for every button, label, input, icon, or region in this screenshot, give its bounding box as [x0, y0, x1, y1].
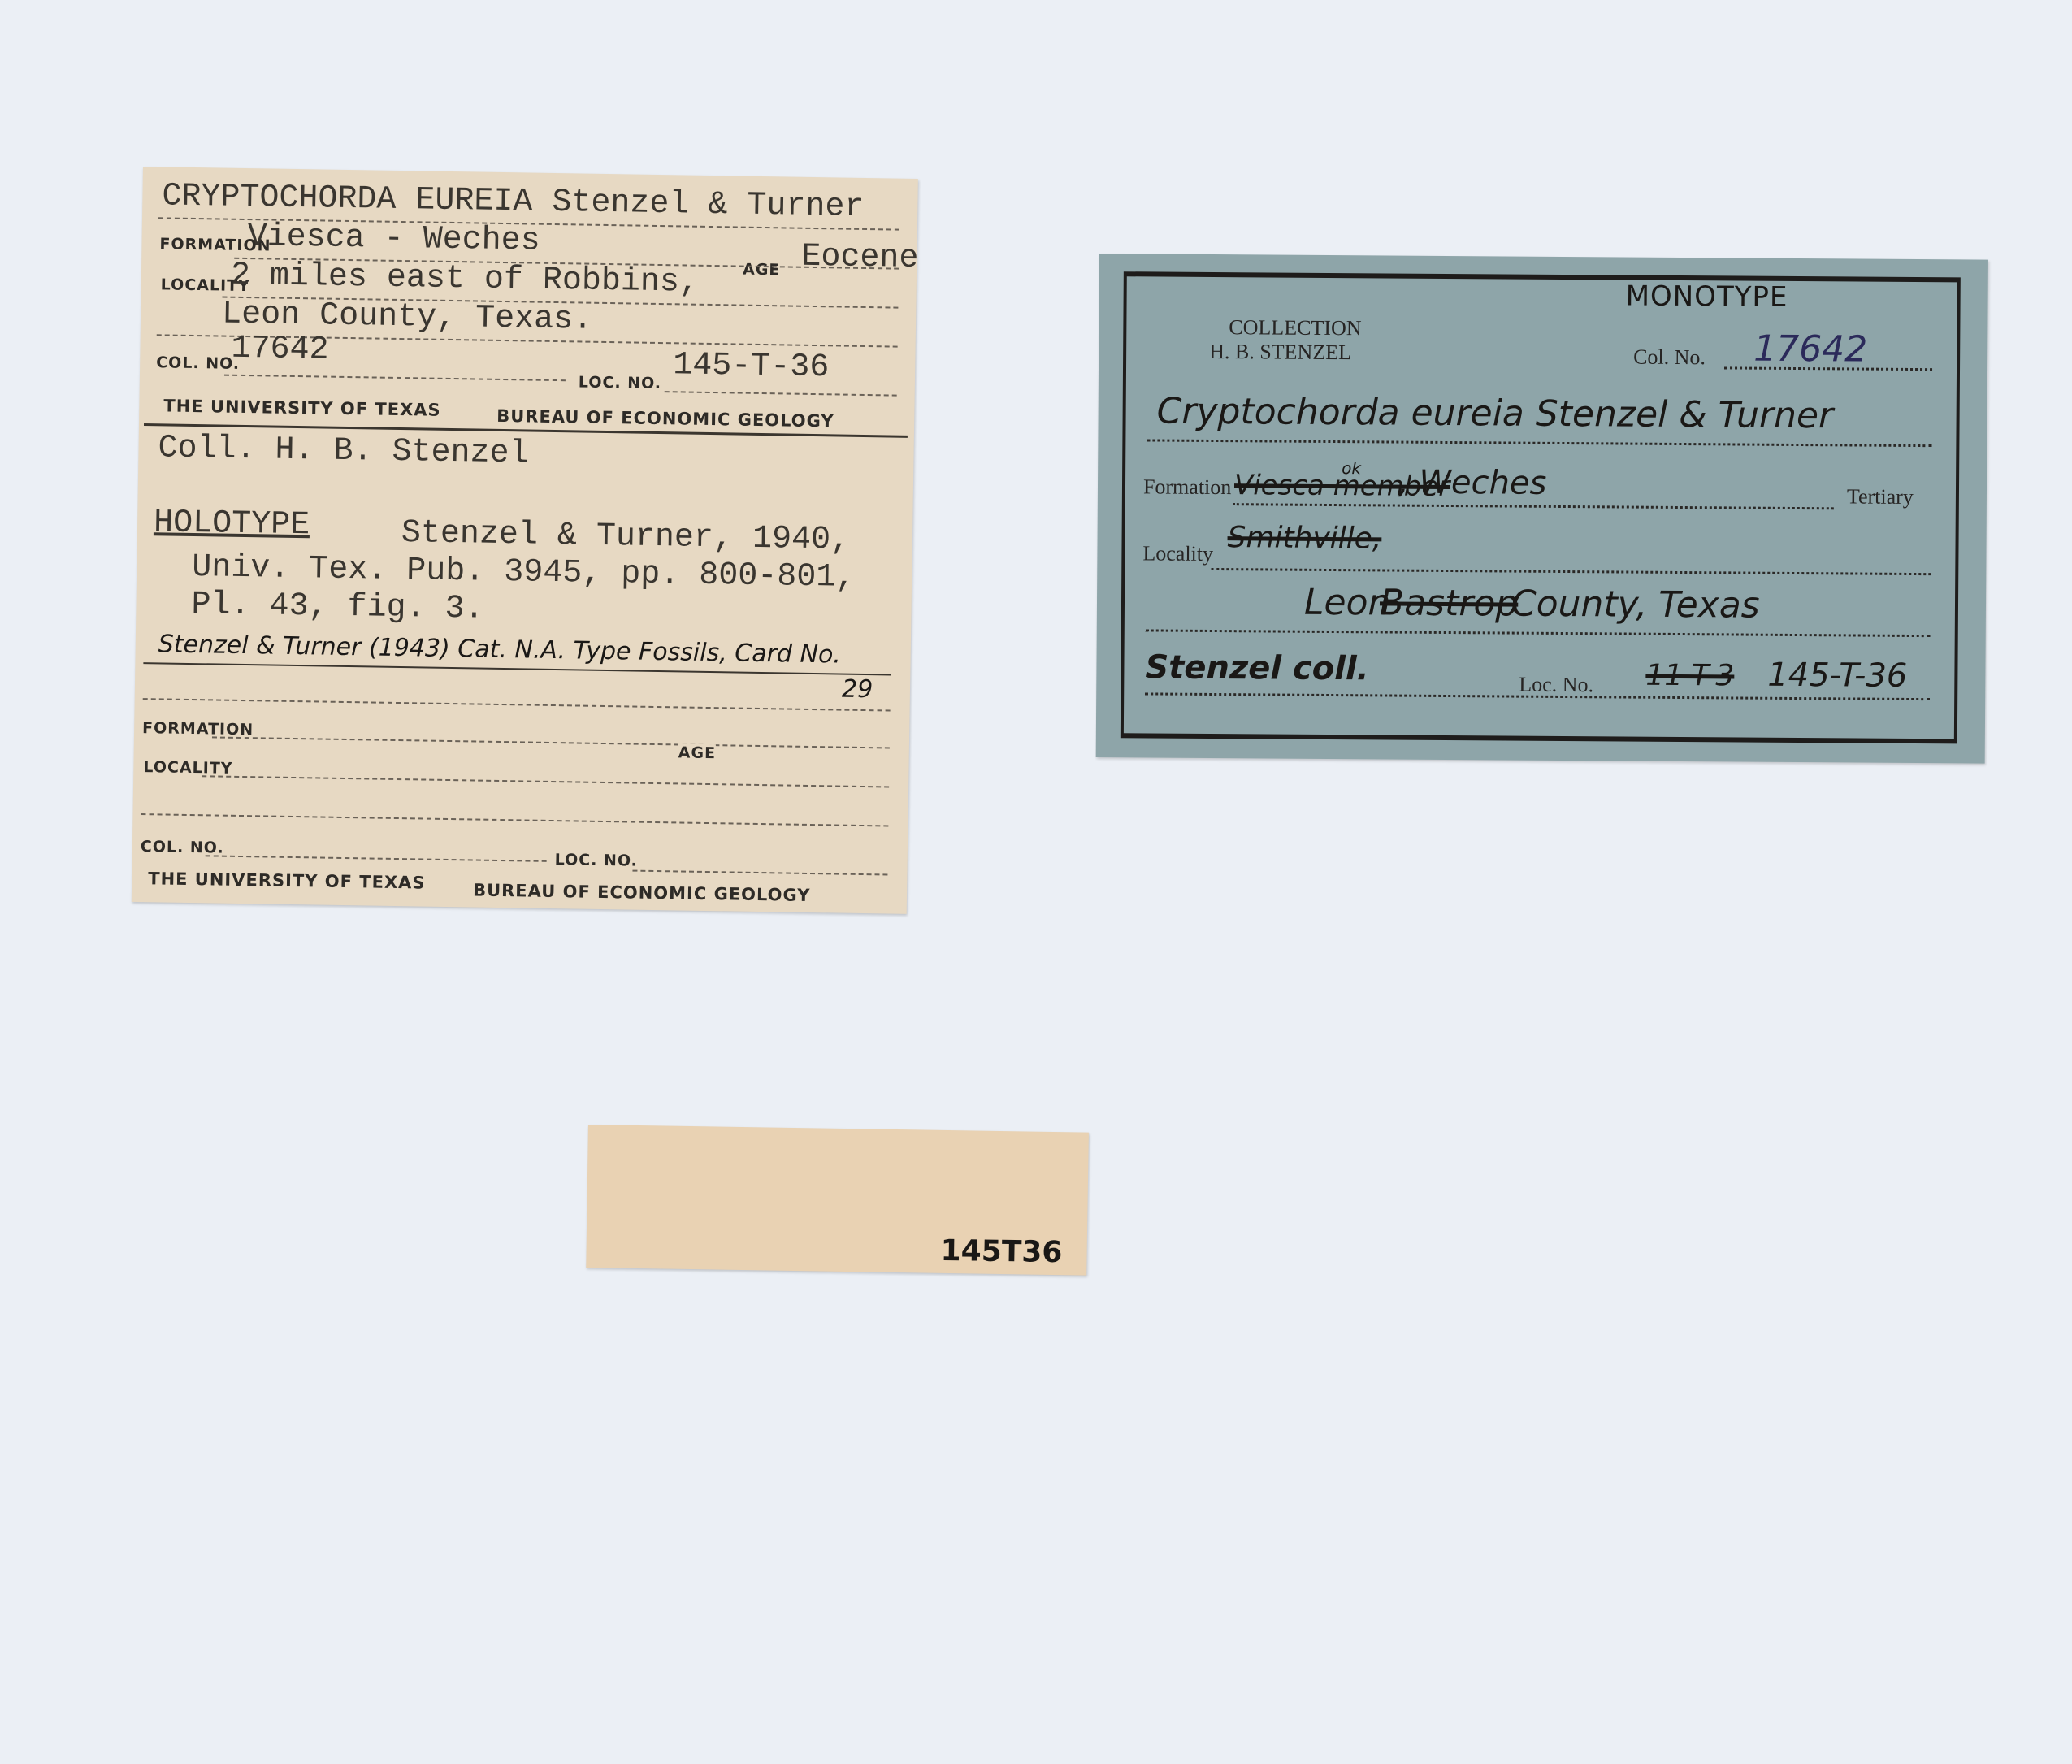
blank-footer-bureau: BUREAU OF ECONOMIC GEOLOGY — [473, 880, 811, 905]
blank-formation-label: FORMATION — [142, 719, 254, 739]
col-no-value: 17642 — [1753, 328, 1867, 371]
footer-university: THE UNIVERSITY OF TEXAS — [163, 396, 441, 419]
col-no-value: 17642 — [231, 331, 329, 369]
small-locality-tag: 145T36 — [586, 1125, 1089, 1276]
citation-line-3: Pl. 43, fig. 3. — [191, 587, 484, 628]
collection-text: Coll. H. B. Stenzel — [158, 430, 529, 472]
loc-no-value: 145-T-36 — [673, 347, 830, 386]
col-no-label: COL. NO. — [156, 353, 240, 373]
right-specimen-card: MONOTYPE COLLECTION H. B. STENZEL Col. N… — [1096, 254, 1988, 764]
collector: Stenzel coll. — [1145, 648, 1369, 687]
blank-loc-no-label: LOC. NO. — [554, 851, 638, 870]
blank-age-label: AGE — [678, 743, 717, 762]
locality-label: Locality — [1142, 541, 1213, 566]
age-value: Eocene — [801, 239, 919, 277]
holotype-label: HOLOTYPE — [154, 505, 310, 544]
loc-no-struck: 11-T-3 — [1645, 659, 1734, 693]
left-specimen-card: CRYPTOCHORDA EUREIA Stenzel & Turner FOR… — [132, 167, 918, 914]
blank-col-no-label: COL. NO. — [141, 838, 224, 857]
collection-line-2: H. B. STENZEL — [1209, 340, 1351, 365]
collection-line-1: COLLECTION — [1229, 315, 1361, 340]
col-no-label: Col. No. — [1633, 345, 1706, 371]
handwritten-catalog-note: Stenzel & Turner (1943) Cat. N.A. Type F… — [158, 630, 841, 669]
card-number: 29 — [842, 675, 873, 704]
loc-no-label: LOC. NO. — [579, 373, 662, 392]
county-value: Leon — [1304, 582, 1391, 624]
monotype-label: MONOTYPE — [1626, 280, 1788, 314]
species-name: Cryptochorda eureia Stenzel & Turner — [1156, 390, 1833, 436]
footer-bureau: BUREAU OF ECONOMIC GEOLOGY — [496, 406, 834, 431]
blank-footer-university: THE UNIVERSITY OF TEXAS — [148, 869, 426, 892]
locality-struck: Smithville, — [1227, 521, 1381, 555]
blank-locality-label: LOCALITY — [143, 758, 232, 778]
formation-label: Formation — [1143, 475, 1232, 500]
loc-no-label: Loc. No. — [1519, 673, 1593, 698]
citation-line-1: Stenzel & Turner, 1940, — [401, 515, 851, 559]
loc-no-value: 145-T-36 — [1767, 657, 1907, 695]
county-rest: County, Texas — [1511, 583, 1760, 626]
age-value: Tertiary — [1847, 484, 1914, 509]
formation-value: , Weches — [1398, 464, 1547, 502]
formation-value: Viesca - Weches — [247, 219, 540, 260]
locality-line-1: 2 miles east of Robbins, — [231, 258, 700, 301]
tag-loc-no: 145T36 — [940, 1234, 1062, 1269]
age-label: AGE — [743, 261, 781, 280]
county-struck: Bastrop — [1380, 582, 1519, 624]
